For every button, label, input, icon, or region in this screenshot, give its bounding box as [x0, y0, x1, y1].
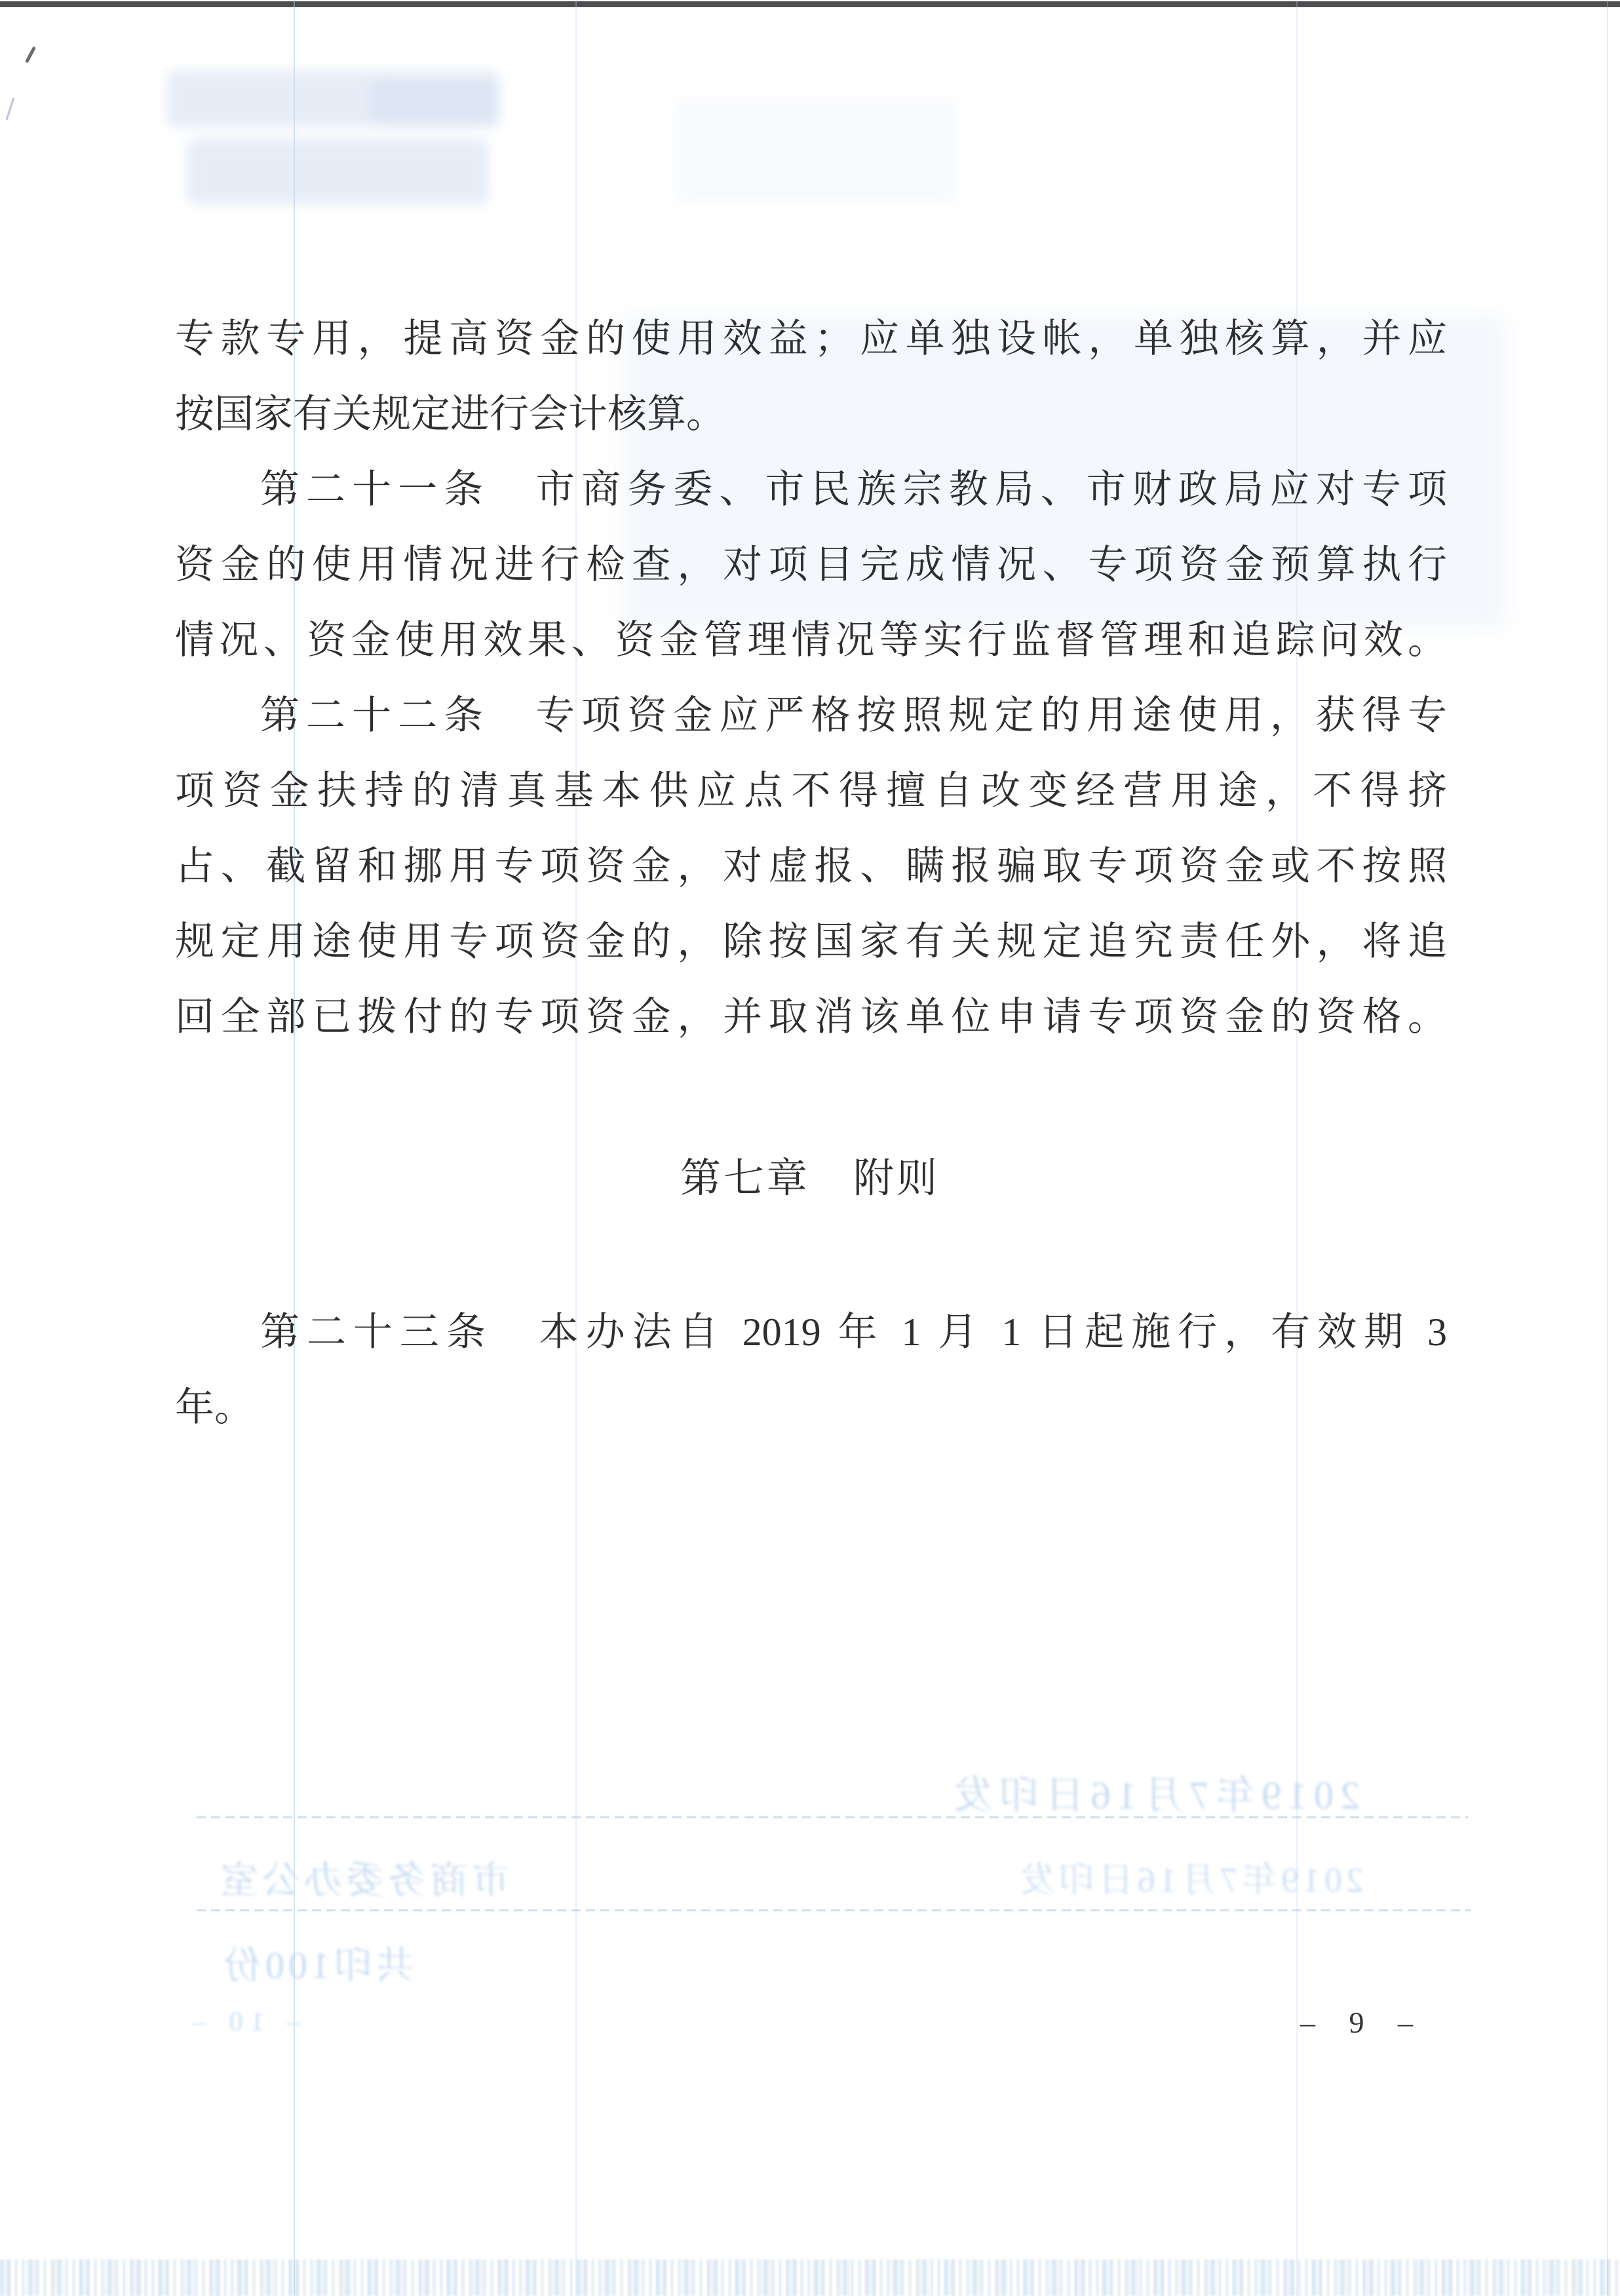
body-line-closing: 年。 [175, 1386, 1447, 1429]
body-line: 专款专用，提高资金的使用效益；应单独设帐，单独核算，并应 [175, 317, 1447, 360]
page-number: – 9 – [1265, 2005, 1461, 2040]
body-line: 情况、资金使用效果、资金管理情况等实行监督管理和追踪问效。 [175, 619, 1447, 662]
body-line-article-23: 第二十三条 本办法自 2019 年 1 月 1 日起施行，有效期 3 [175, 1311, 1447, 1354]
body-line-article-21: 第二十一条 市商务委、市民族宗教局、市财政局应对专项 [175, 468, 1447, 511]
body-line: 回全部已拨付的专项资金，并取消该单位申请专项资金的资格。 [175, 995, 1447, 1039]
body-line: 占、截留和挪用专项资金，对虚报、瞒报骗取专项资金或不按照 [175, 845, 1447, 888]
chapter-heading: 第七章 附则 [0, 1157, 1620, 1201]
body-line: 按国家有关规定进行会计核算。 [175, 392, 1447, 436]
body-line: 规定用途使用专项资金的，除按国家有关规定追究责任外，将追 [175, 920, 1447, 963]
body-line-article-22: 第二十二条 专项资金应严格按照规定的用途使用，获得专 [175, 694, 1447, 737]
document-body: 专款专用，提高资金的使用效益；应单独设帐，单独核算，并应 按国家有关规定进行会计… [0, 0, 1620, 2296]
body-line: 项资金扶持的清真基本供应点不得擅自改变经营用途，不得挤 [175, 769, 1447, 813]
scanned-document-page: 2019年7月16日印发 市商务委办公室 2019年7月16日印发 共印100份… [0, 0, 1620, 2296]
body-line: 资金的使用情况进行检查，对项目完成情况、专项资金预算执行 [175, 543, 1447, 586]
